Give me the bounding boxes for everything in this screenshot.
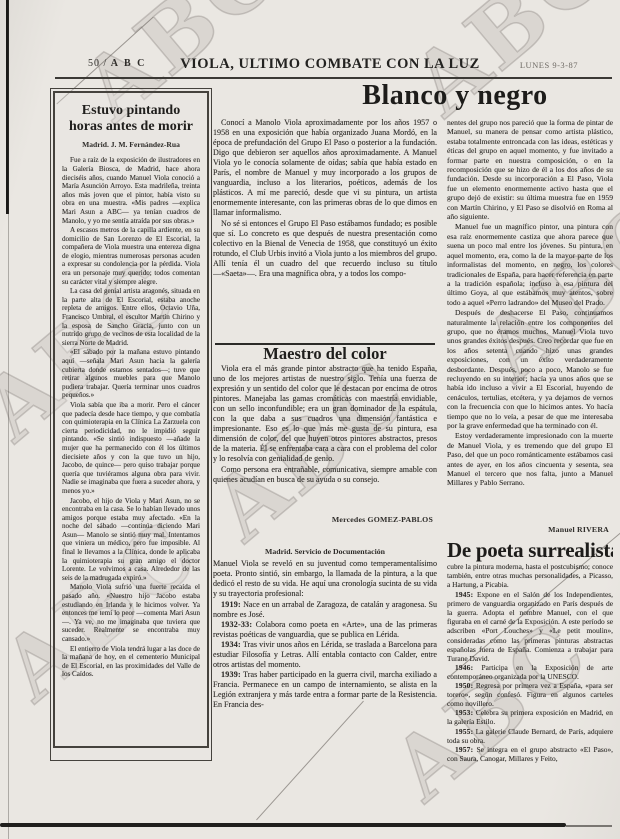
timeline-year: 1945: — [455, 590, 473, 599]
scan-edge-hairline — [8, 0, 9, 839]
article-paragraph: Como persona era entrañable, comunicativ… — [213, 465, 437, 485]
signature-rivera: Manuel RIVERA — [447, 525, 613, 534]
article-estuvo-pintando: Estuvo pintando horas antes de morir Mad… — [50, 88, 212, 761]
timeline-year: 1950: — [455, 681, 473, 690]
poeta-surrealista-body: cubre la pintura moderna, hasta el postc… — [447, 562, 613, 763]
article-paragraph: El entierro de Viola tendrá lugar a las … — [62, 645, 200, 679]
article-body: Fue a raíz de la exposición de ilustrado… — [62, 156, 200, 716]
article-paragraph: «El sábado por la mañana estuvo pintando… — [62, 348, 200, 400]
timeline-year: 1919: — [221, 600, 241, 609]
column-middle: Conocí a Manolo Viola aproximadamente po… — [213, 118, 437, 780]
page-bottom-rule-ext — [566, 825, 612, 827]
edition-date: LUNES 9-3-87 — [520, 60, 578, 70]
signature-gomez-pablos: Mercedes GOMEZ-PABLOS — [213, 515, 437, 525]
article-paragraph: Conocí a Manolo Viola aproximadamente po… — [213, 118, 437, 218]
timeline-entry: 1950: Regresa por primera vez a España, … — [447, 681, 613, 708]
timeline-year: 1953: — [455, 708, 473, 717]
page-number: 50 / — [88, 58, 107, 69]
article-paragraph: nentes del grupo nos pareció que la form… — [447, 118, 613, 221]
biography-continuation: cubre la pintura moderna, hasta el postc… — [447, 562, 613, 589]
article-paragraph: Estoy verdaderamente impresionado con la… — [447, 431, 613, 487]
timeline-entry: 1919: Nace en un arrabal de Zaragoza, de… — [213, 600, 437, 620]
timeline-entry: 1955: La galerie Claude Bernard, de Parí… — [447, 727, 613, 745]
page-header: 50 / A B C VIOLA, ULTIMO COMBATE CON LA … — [0, 56, 620, 74]
timeline-entry: 1946: Participa en la Exposición de arte… — [447, 663, 613, 681]
article-paragraph: A escasos metros de la capilla ardiente,… — [62, 226, 200, 286]
article-byline: Madrid. J. M. Fernández-Rua — [62, 140, 200, 149]
article-paragraph: Manuel fue un magnífico pintor, una pint… — [447, 222, 613, 307]
timeline-entry: 1957: Se integra en el grupo abstracto «… — [447, 745, 613, 763]
biography-timeline-col2: 1945: Expone en el Salón de los Independ… — [447, 590, 613, 763]
timeline-entry: 1932-33: Colabora como poeta en «Arte», … — [213, 620, 437, 640]
timeline-year: 1932-33: — [221, 620, 252, 629]
timeline-entry: 1953: Celebra su primera exposición en M… — [447, 708, 613, 726]
blanco-y-negro-col2: nentes del grupo nos pareció que la form… — [447, 118, 613, 522]
section-title: VIOLA, ULTIMO COMBATE CON LA LUZ — [180, 56, 480, 73]
newspaper-page: ABC ABC ABC ABC ABC ABC ABC 50 / A B C V… — [0, 0, 620, 839]
timeline-year: 1946: — [455, 663, 473, 672]
article-paragraph: No sé si entonces el Grupo El Paso estáb… — [213, 219, 437, 279]
headline-de-poeta-surrealista: De poeta surrealista — [447, 546, 613, 555]
article-box-inner: Estuvo pintando horas antes de morir Mad… — [53, 91, 209, 748]
biography-intro: Manuel Viola se reveló en su juventud co… — [213, 559, 437, 599]
article-paragraph: Viola era el más grande pintor abstracto… — [213, 364, 437, 464]
page-bottom-rule — [0, 823, 566, 827]
timeline-entry: 1934: Tras vivir unos años en Lérida, se… — [213, 640, 437, 670]
timeline-entry: 1939: Tras haber participado en la guerr… — [213, 670, 437, 710]
biography-timeline-col1: 1919: Nace en un arrabal de Zaragoza, de… — [213, 600, 437, 710]
documentation-dateline: Madrid. Servicio de Documentación — [213, 547, 437, 557]
header-rule — [55, 77, 612, 79]
blanco-y-negro-col1: Conocí a Manolo Viola aproximadamente po… — [213, 118, 437, 340]
headline-blanco-y-negro: Blanco y negro — [290, 80, 620, 112]
timeline-year: 1939: — [221, 670, 241, 679]
timeline-year: 1957: — [455, 745, 473, 754]
article-paragraph: Después de deshacerse El Paso, continuam… — [447, 308, 613, 430]
brand-abc: A B C — [111, 58, 147, 69]
article-paragraph: Fue a raíz de la exposición de ilustrado… — [62, 156, 200, 225]
page-folio: 50 / A B C — [88, 58, 146, 69]
maestro-del-color-body: Viola era el más grande pintor abstracto… — [213, 364, 437, 512]
timeline-year: 1955: — [455, 727, 473, 736]
timeline-entry: 1945: Expone en el Salón de los Independ… — [447, 590, 613, 663]
article-paragraph: La casa del genial artista aragonés, sit… — [62, 287, 200, 347]
headline-maestro-del-color: Maestro del color — [213, 349, 437, 359]
article-paragraph: Manolo Viola sufrió una fuerte recaída e… — [62, 583, 200, 643]
timeline-year: 1934: — [221, 640, 241, 649]
article-paragraph: Jacobo, el hijo de Viola y Mari Asun, no… — [62, 497, 200, 583]
column-right: nentes del grupo nos pareció que la form… — [447, 118, 613, 818]
article-title: Estuvo pintando horas antes de morir — [64, 103, 198, 134]
article-paragraph: Viola sabía que iba a morir. Pero el cán… — [62, 401, 200, 496]
